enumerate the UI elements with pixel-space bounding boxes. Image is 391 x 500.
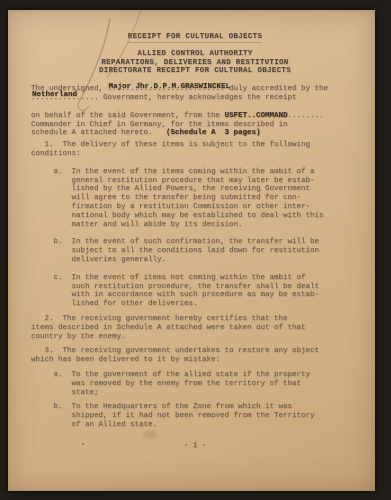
text-line: 2. The receiving government hereby certi… <box>31 315 359 324</box>
command-value: USFET..COMMAND <box>225 112 288 120</box>
text-line: conditions: <box>31 150 359 159</box>
text-line: matter and will abide by its decision. <box>31 221 359 230</box>
paragraph-2: 2. The receiving government hereby certi… <box>31 315 359 341</box>
text-line: ALLIED CONTROL AUTHORITY <box>31 50 359 59</box>
schedule-note: (Schedule A 3 pages) <box>166 129 261 137</box>
text-line: which has been delivered to it by mistak… <box>31 356 359 365</box>
paragraph-3: 3. The receiving government undertakes t… <box>31 347 359 365</box>
country-field: ...............Netherland <box>31 94 99 103</box>
faint-smudge <box>143 430 157 439</box>
photo-background: RECEIPT FOR CULTURAL OBJECTS ALLIED CONT… <box>0 0 391 500</box>
behalf-line-3: schedule A attached hereto. (Schedule A … <box>31 129 359 138</box>
intro-line-2: ...............Netherland Government, he… <box>31 94 359 103</box>
behalf-paragraph: on behalf of the said Government, from t… <box>31 112 359 138</box>
restore-item-b: b. To the Headquarters of the Zone from … <box>31 403 359 429</box>
behalf-prefix: on behalf of the said Government, from t… <box>31 112 225 120</box>
stray-ink-dot <box>82 443 84 445</box>
text-line: shipped, if it had not been removed from… <box>31 412 359 421</box>
condition-item-a: a. In the event of the items coming with… <box>31 168 359 230</box>
text-line: will agree to the transfer being submitt… <box>31 194 359 203</box>
text-line: state; <box>31 389 359 398</box>
text-line: deliveries generally. <box>31 256 359 265</box>
text-line: c. In the event of items not coming with… <box>31 274 359 283</box>
authority-heading: ALLIED CONTROL AUTHORITYREPARATIONS, DEL… <box>31 50 359 76</box>
text-line: country by the enemy. <box>31 333 359 342</box>
text-line: national body which may be established t… <box>31 212 359 221</box>
text-line: a. In the event of the items coming with… <box>31 168 359 177</box>
behalf-line-1: on behalf of the said Government, from t… <box>31 112 359 121</box>
text-line: 1. The delivery of these items is subjec… <box>31 141 359 150</box>
text-line: a. To the government of the allied state… <box>31 371 359 380</box>
accredited-name-field: ..........................Major Jhr.D.P.… <box>108 85 225 94</box>
dotted-line: ........ <box>288 112 324 120</box>
conditions-heading: 1. The delivery of these items is subjec… <box>31 141 359 159</box>
condition-item-c: c. In the event of items not coming with… <box>31 274 359 309</box>
document-title: RECEIPT FOR CULTURAL OBJECTS <box>31 33 359 42</box>
text-line: b. To the Headquarters of the Zone from … <box>31 403 359 412</box>
text-line: DIRECTORATE RECEIPT FOR CULTURAL OBJECTS <box>31 67 359 76</box>
text-line: b. In the event of such confirmation, th… <box>31 238 359 247</box>
restore-item-a: a. To the government of the allied state… <box>31 371 359 397</box>
accredited-name-value: Major Jhr.D.P.M.GRASWINCKEL <box>109 83 231 92</box>
text-line: 3. The receiving government undertakes t… <box>31 347 359 356</box>
page-number: - 1 - <box>31 442 359 451</box>
text-line: was removed by the enemy from the territ… <box>31 380 359 389</box>
text-line: lished for other deliveries. <box>31 300 359 309</box>
country-value: Netherland <box>32 91 77 100</box>
text-line: such restitution procedure, the transfer… <box>31 283 359 292</box>
intro-paragraph: The undersigned, .......................… <box>31 85 359 103</box>
condition-item-b: b. In the event of such confirmation, th… <box>31 238 359 264</box>
document-page: RECEIPT FOR CULTURAL OBJECTS ALLIED CONT… <box>8 10 375 491</box>
intro-suffix: duly accredited by the <box>225 85 329 93</box>
text-line: lished by the Allied Powers, the receivi… <box>31 185 359 194</box>
text-line: of an Allied state. <box>31 421 359 430</box>
text-line: subject to all the conditions laid down … <box>31 247 359 256</box>
text-line: with in accordance with such procedure a… <box>31 291 359 300</box>
behalf-line3-prefix: schedule A attached hereto. <box>31 129 166 137</box>
intro-line2-suffix: Government, hereby acknowledges the rece… <box>99 94 297 102</box>
intro-line-1: The undersigned, .......................… <box>31 85 359 94</box>
document-content: RECEIPT FOR CULTURAL OBJECTS ALLIED CONT… <box>31 31 359 450</box>
text-line: firmation by a restitution Commission or… <box>31 203 359 212</box>
text-line: items described in Schedule A attached w… <box>31 324 359 333</box>
